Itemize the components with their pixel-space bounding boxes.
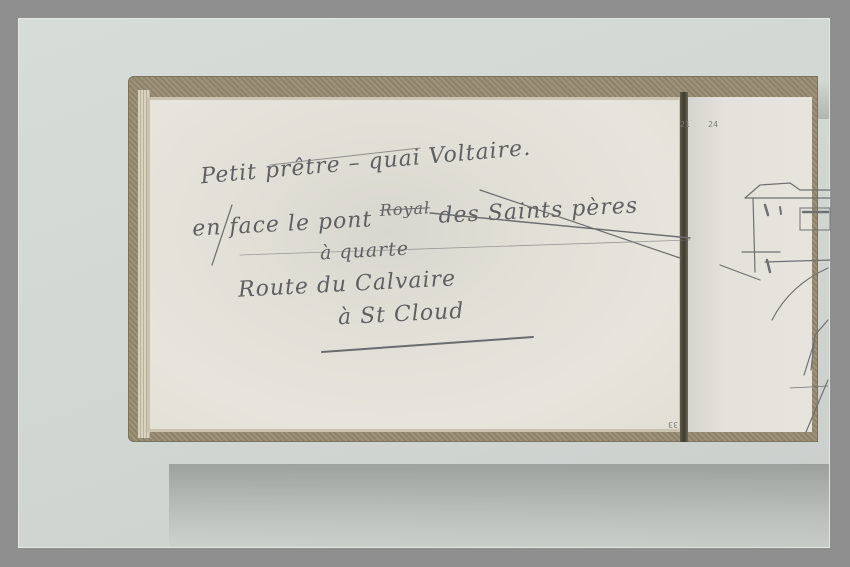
faint-line xyxy=(240,240,690,255)
underline-stroke xyxy=(322,337,533,352)
pencil-strokes xyxy=(0,0,850,567)
descender-stroke xyxy=(212,205,232,265)
overline-stroke xyxy=(270,148,420,165)
strike-line-2 xyxy=(480,190,680,258)
building-sketch xyxy=(720,183,830,432)
